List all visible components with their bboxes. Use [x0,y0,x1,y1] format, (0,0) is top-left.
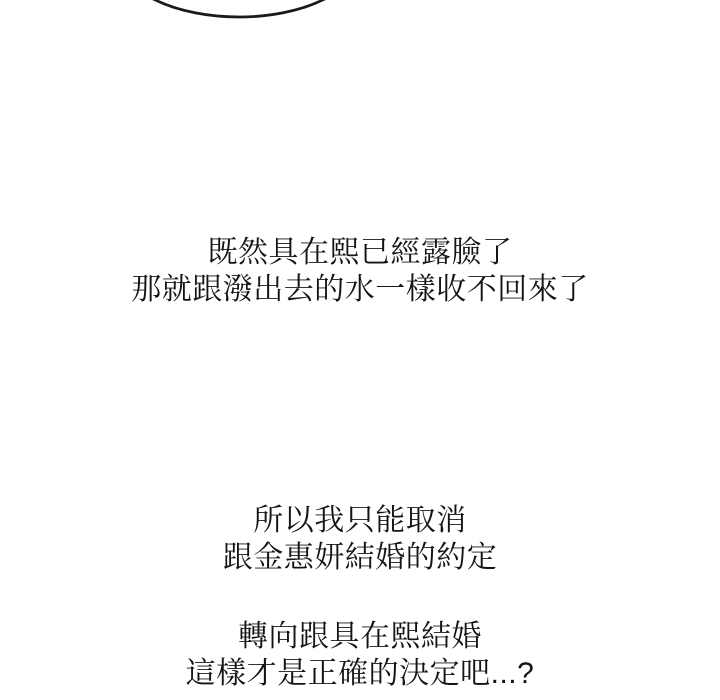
narration-line: 那就跟潑出去的水一樣收不回來了 [0,271,720,308]
comic-panel: 既然具在熙已經露臉了 那就跟潑出去的水一樣收不回來了 所以我只能取消 跟金惠妍結… [0,0,720,700]
narration-line: 跟金惠妍結婚的約定 [0,539,720,576]
narration-line: 轉向跟具在熙結婚 [0,618,720,655]
narration-block-2: 所以我只能取消 跟金惠妍結婚的約定 [0,502,720,576]
narration-block-3: 轉向跟具在熙結婚 這樣才是正確的決定吧...? [0,618,720,692]
narration-line: 既然具在熙已經露臉了 [0,234,720,271]
speech-bubble-ellipse [119,0,359,17]
narration-line: 這樣才是正確的決定吧...? [0,655,720,692]
narration-line: 所以我只能取消 [0,502,720,539]
narration-block-1: 既然具在熙已經露臉了 那就跟潑出去的水一樣收不回來了 [0,234,720,308]
speech-bubble-bottom-arc [0,0,720,40]
